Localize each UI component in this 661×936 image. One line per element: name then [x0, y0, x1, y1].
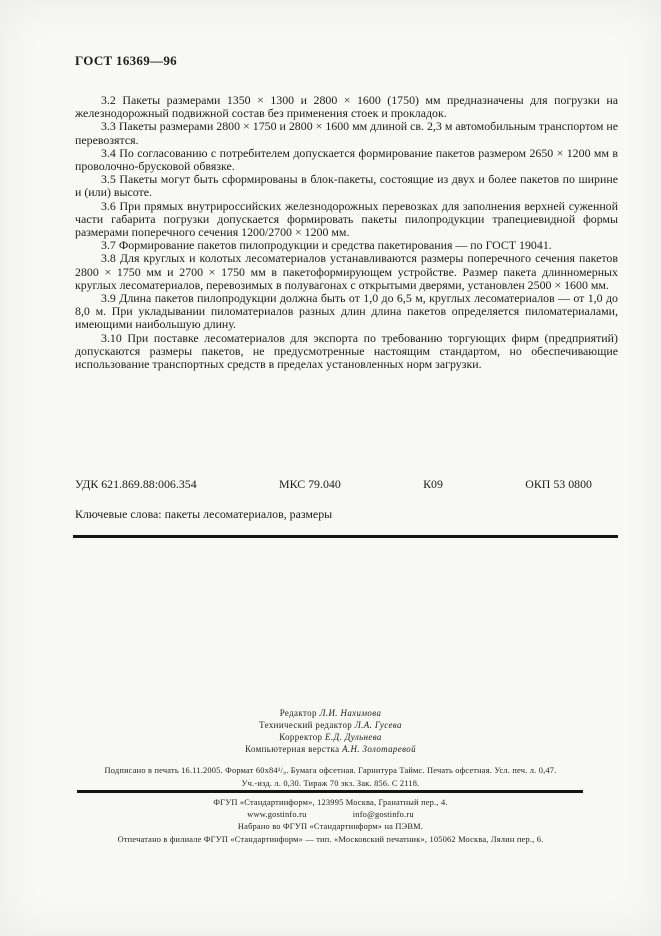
publisher-email: info@gostinfo.ru: [353, 809, 414, 821]
horizontal-rule-bottom: [77, 790, 583, 793]
udk-code: УДК 621.869.88:006.354: [75, 477, 197, 492]
editor-name: Л.А. Гусева: [355, 720, 402, 730]
print-info-block: Подписано в печать 16.11.2005. Формат 60…: [24, 764, 637, 790]
paragraph-3-9: 3.9 Длина пакетов пилопродукции должна б…: [75, 292, 618, 332]
paragraph-3-10: 3.10 При поставке лесоматериалов для экс…: [75, 332, 618, 372]
editor-label: Технический редактор: [259, 720, 352, 730]
print-info-line-1: Подписано в печать 16.11.2005. Формат 60…: [24, 764, 637, 777]
paragraph-3-6: 3.6 При прямых внутрироссийских железнод…: [75, 200, 618, 240]
editor-name: Л.И. Нахимова: [319, 708, 381, 718]
body-text: 3.2 Пакеты размерами 1350 × 1300 и 2800 …: [75, 94, 618, 371]
print-info-line-2: Уч.-изд. л. 0,30. Тираж 70 экз. Зак. 856…: [24, 777, 637, 790]
k-code: К09: [423, 477, 443, 492]
publisher-contacts: www.gostinfo.ru info@gostinfo.ru: [0, 809, 661, 821]
paragraph-3-2: 3.2 Пакеты размерами 1350 × 1300 и 2800 …: [75, 94, 618, 120]
classification-codes-row: УДК 621.869.88:006.354 МКС 79.040 К09 ОК…: [75, 477, 592, 492]
editor-line: Компьютерная верстка А.Н. Золотаревой: [0, 743, 661, 755]
mks-code: МКС 79.040: [279, 477, 341, 492]
publisher-address: ФГУП «Стандартинформ», 123995 Москва, Гр…: [0, 797, 661, 809]
paragraph-3-8: 3.8 Для круглых и колотых лесоматериалов…: [75, 252, 618, 292]
doc-number: ГОСТ 16369—96: [75, 53, 177, 69]
editor-line: Корректор Е.Д. Дульнева: [0, 731, 661, 743]
editor-name: Е.Д. Дульнева: [325, 732, 382, 742]
keywords-line: Ключевые слова: пакеты лесоматериалов, р…: [75, 507, 332, 522]
publisher-printed-line: Отпечатано в филиале ФГУП «Стандартинфор…: [0, 834, 661, 846]
editor-line: Редактор Л.И. Нахимова: [0, 707, 661, 719]
editor-name: А.Н. Золотаревой: [342, 744, 416, 754]
paragraph-3-4: 3.4 По согласованию с потребителем допус…: [75, 147, 618, 173]
editor-line: Технический редактор Л.А. Гусева: [0, 719, 661, 731]
editor-label: Редактор: [280, 708, 317, 718]
paragraph-3-3: 3.3 Пакеты размерами 2800 × 1750 и 2800 …: [75, 120, 618, 146]
okp-code: ОКП 53 0800: [525, 477, 592, 492]
paragraph-3-5: 3.5 Пакеты могут быть сформированы в бло…: [75, 173, 618, 199]
editor-label: Компьютерная верстка: [245, 744, 339, 754]
editors-block: Редактор Л.И. Нахимова Технический редак…: [0, 707, 661, 755]
editor-label: Корректор: [279, 732, 322, 742]
publisher-website: www.gostinfo.ru: [247, 809, 306, 821]
document-page: ГОСТ 16369—96 3.2 Пакеты размерами 1350 …: [0, 0, 661, 936]
publisher-typeset-line: Набрано во ФГУП «Стандартинформ» на ПЭВМ…: [0, 821, 661, 833]
publisher-block: ФГУП «Стандартинформ», 123995 Москва, Гр…: [0, 797, 661, 846]
horizontal-rule-top: [73, 535, 618, 538]
